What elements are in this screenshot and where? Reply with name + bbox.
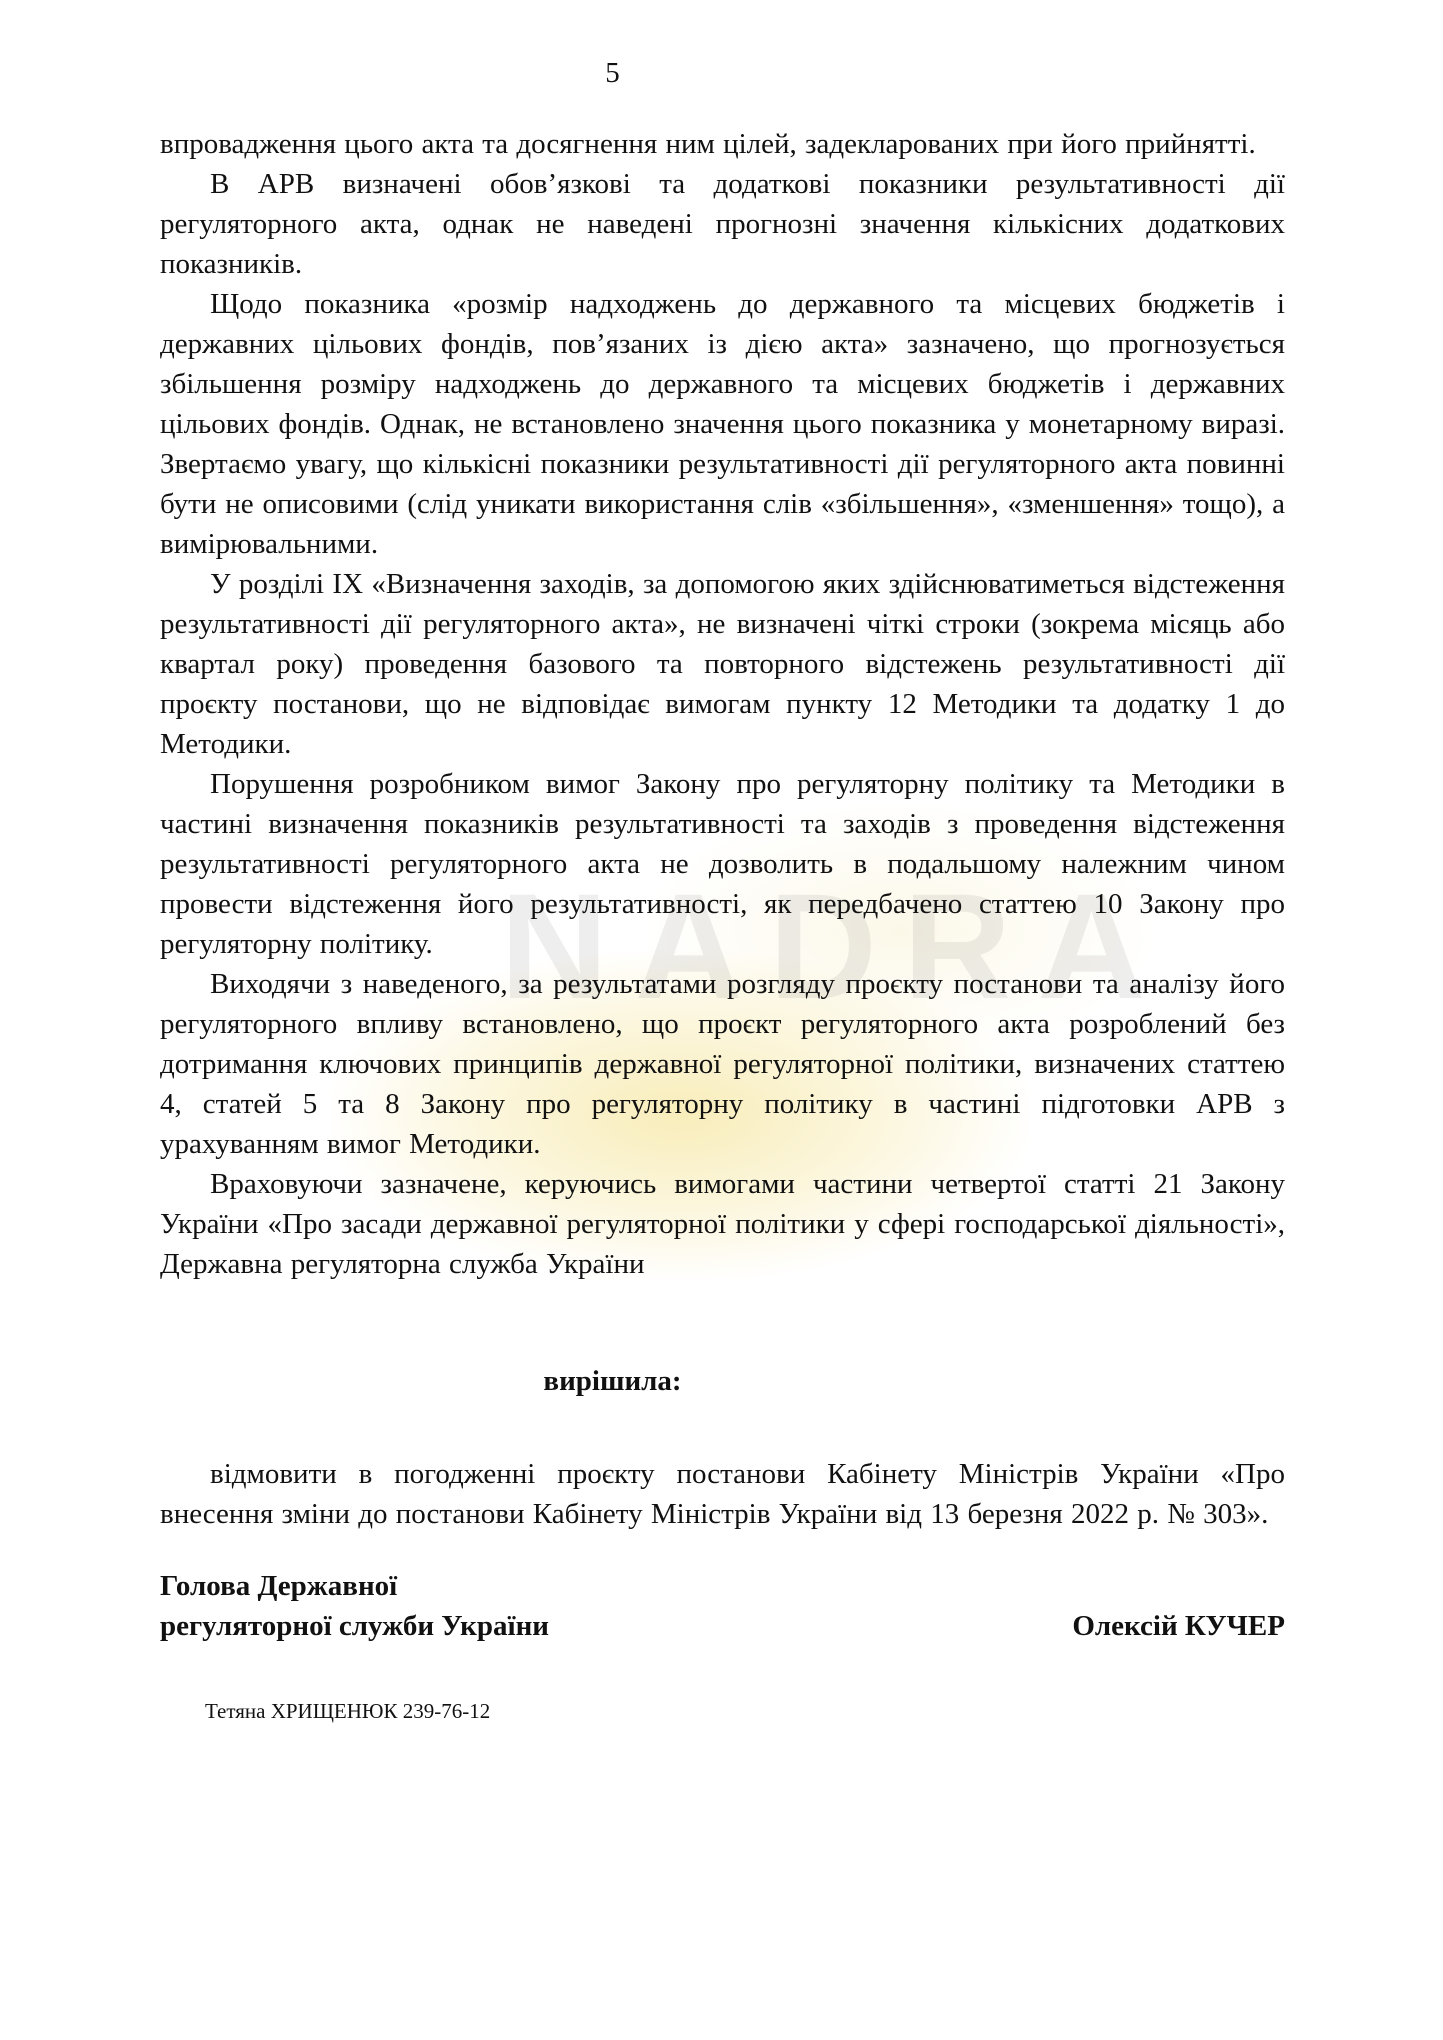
body-paragraph: В АРВ визначені обов’язкові та додаткові… (160, 164, 1285, 284)
body-paragraph: Порушення розробником вимог Закону про р… (160, 764, 1285, 964)
executor-footer: Тетяна ХРИЩЕНЮК 239-76-12 (205, 1698, 1285, 1724)
signature-block: Голова Державної регуляторної служби Укр… (160, 1566, 1285, 1646)
body-paragraph: впровадження цього акта та досягнення ни… (160, 124, 1285, 164)
body-paragraph: У розділі IX «Визначення заходів, за доп… (160, 564, 1285, 764)
signatory-title-line: Голова Державної (160, 1566, 549, 1606)
signatory-title-line: регуляторної служби України (160, 1606, 549, 1646)
body-paragraph: Виходячи з наведеного, за результатами р… (160, 964, 1285, 1164)
signatory-name: Олексій КУЧЕР (1072, 1606, 1285, 1646)
document-page: NADRA 5 впровадження цього акта та досяг… (0, 0, 1443, 2040)
decision-paragraph: відмовити в погодженні проєкту постанови… (160, 1454, 1285, 1534)
page-content: 5 впровадження цього акта та досягнення … (160, 56, 1285, 1724)
page-number: 5 (160, 56, 1285, 90)
body-paragraph: Враховуючи зазначене, керуючись вимогами… (160, 1164, 1285, 1284)
decision-heading: вирішила: (160, 1364, 1285, 1398)
signatory-title: Голова Державної регуляторної служби Укр… (160, 1566, 549, 1646)
body-paragraph: Щодо показника «розмір надходжень до дер… (160, 284, 1285, 564)
